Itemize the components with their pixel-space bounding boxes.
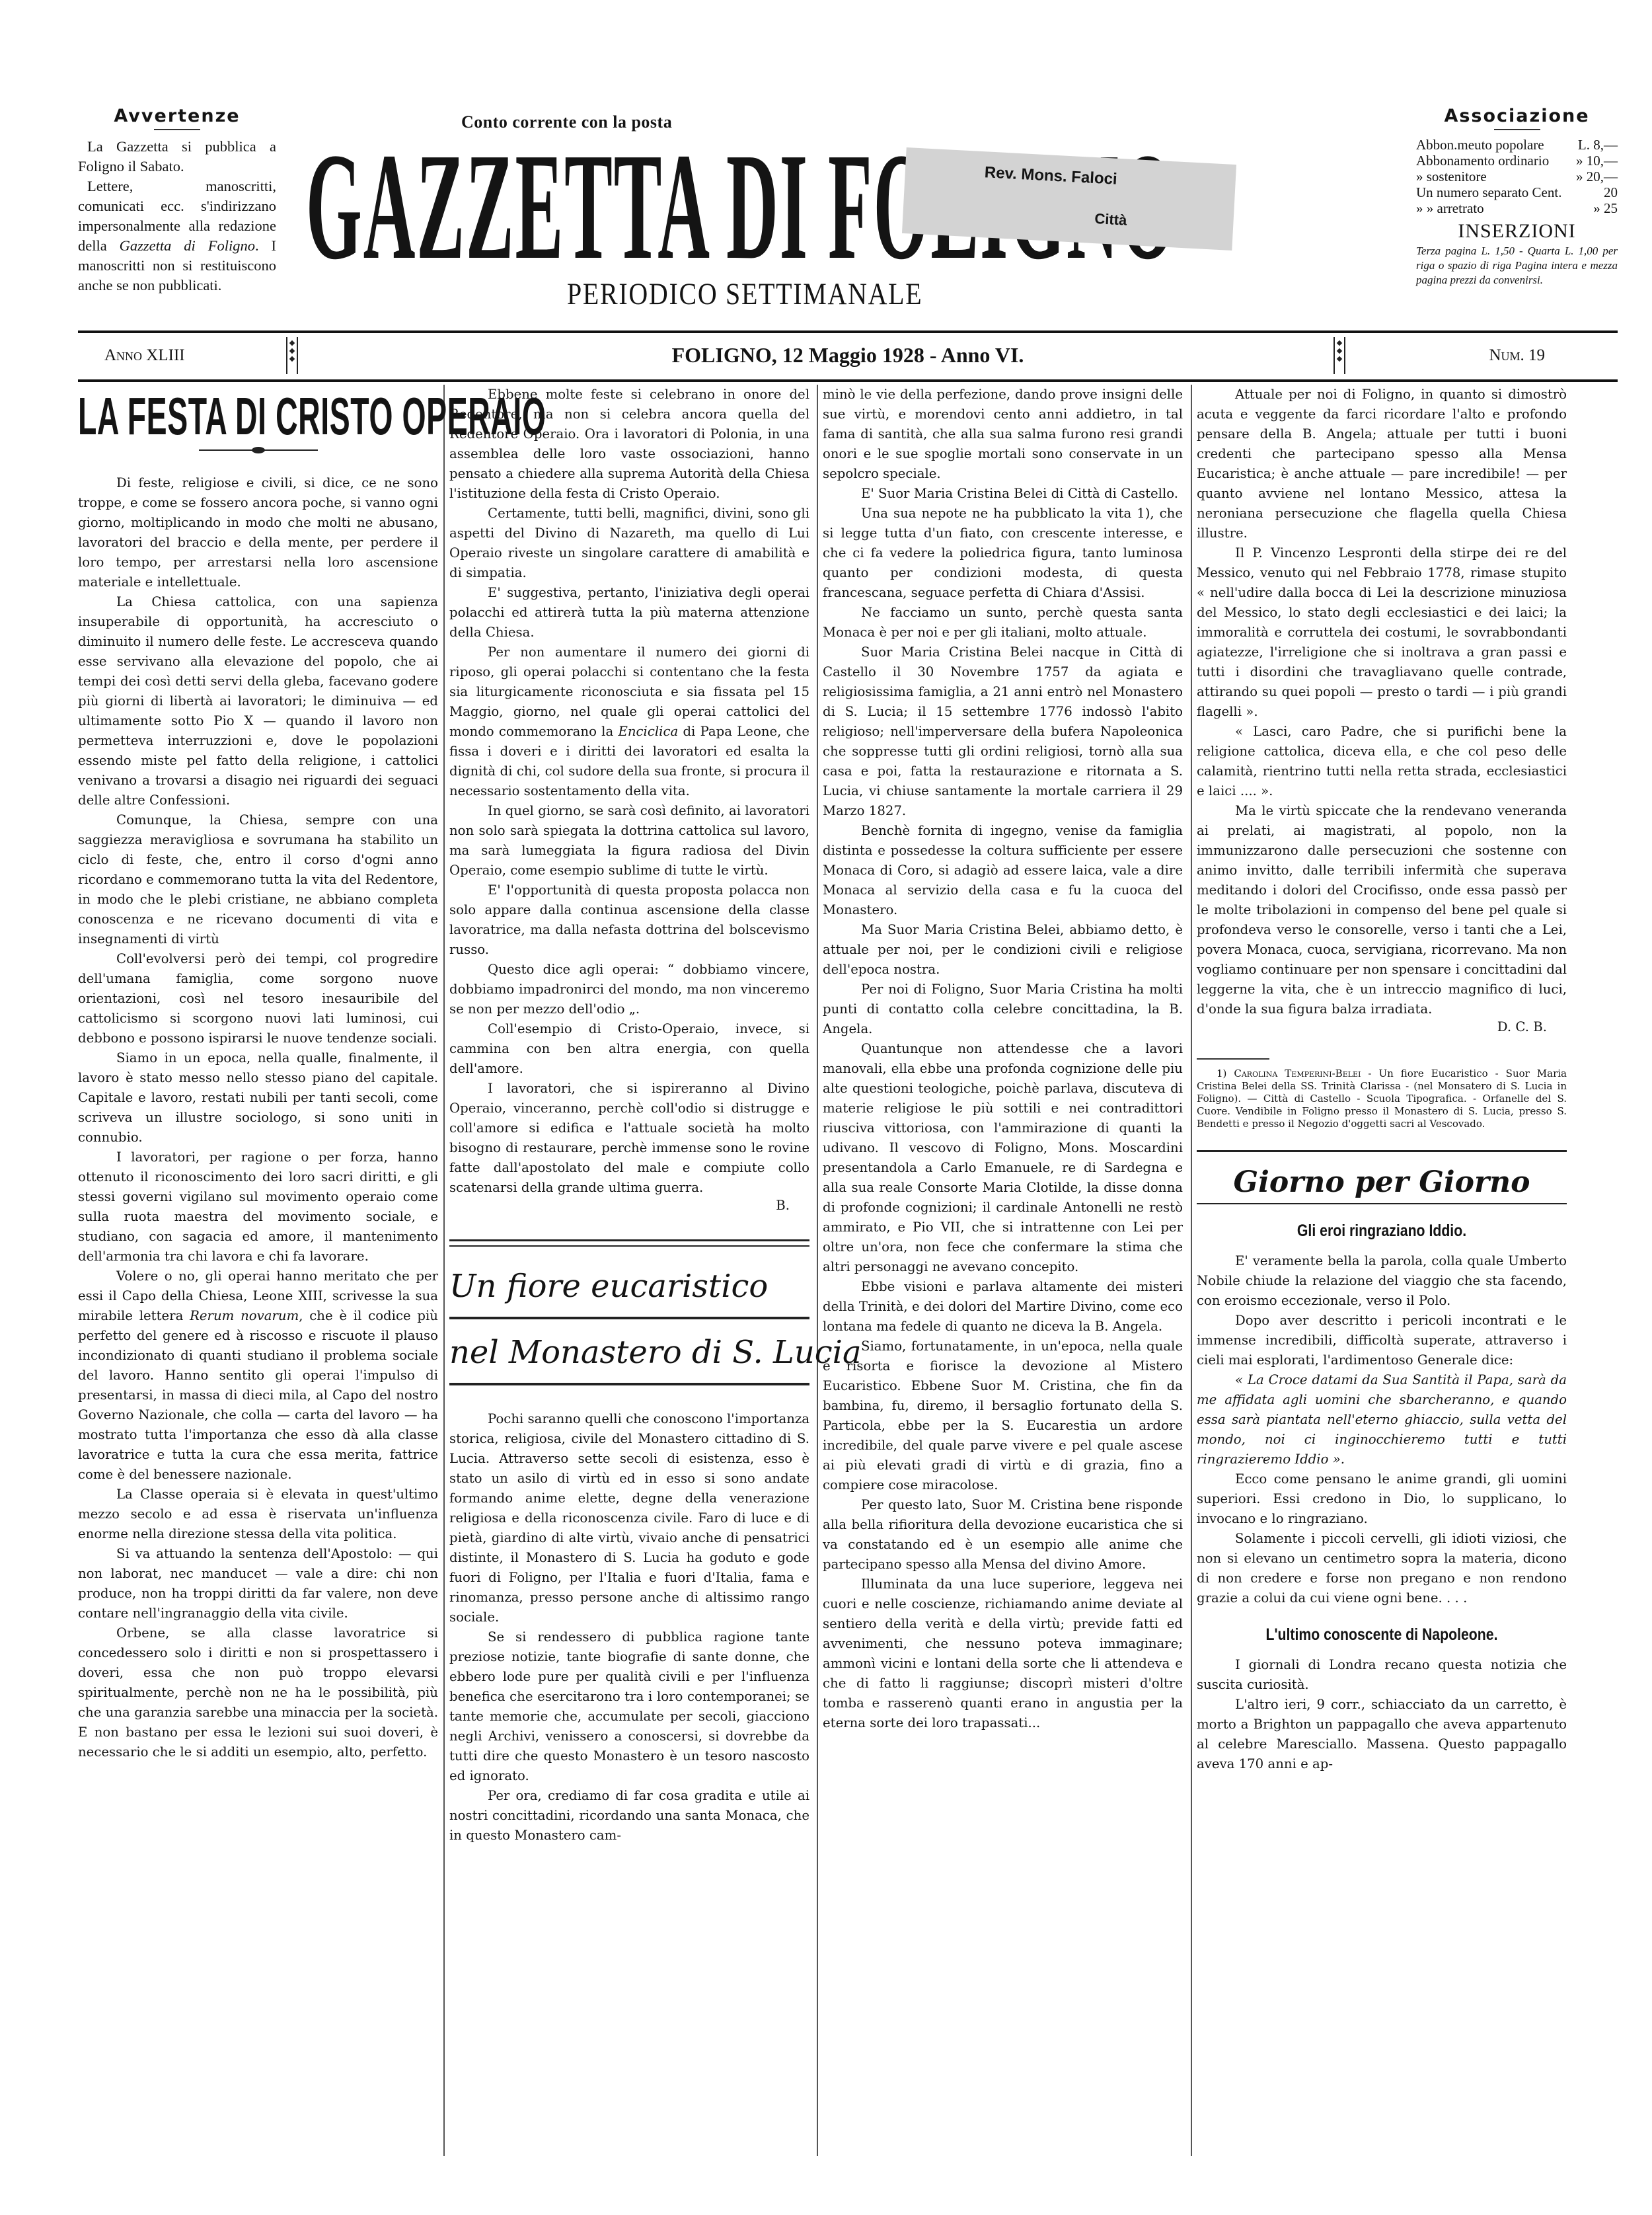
paragraph: E' l'opportunità di questa proposta pola…: [449, 880, 809, 960]
column-divider: [1191, 385, 1192, 2156]
divider: [449, 1383, 809, 1385]
paragraph: Questo dice agli operai: “ dobbiamo vinc…: [449, 960, 809, 1019]
paragraph: Illuminata da una luce superiore, leggev…: [823, 1574, 1183, 1733]
headline-fiore-1: Un fiore eucaristico: [449, 1266, 809, 1306]
paragraph: « Lasci, caro Padre, che si purifichi be…: [1197, 722, 1567, 801]
paragraph: Dopo aver descritto i pericoli incontrat…: [1197, 1311, 1567, 1370]
column-1: LA FESTA DI CRISTO OPERAIO Di feste, rel…: [78, 385, 438, 1762]
paragraph: Per non aumentare il numero dei giorni d…: [449, 642, 809, 801]
price-row: » sostenitore» 20,—: [1416, 169, 1618, 184]
column-divider: [443, 385, 445, 2156]
paragraph: E' Suor Maria Cristina Belei di Città di…: [823, 484, 1183, 504]
item-title: Gli eroi ringraziano Iddio.: [1224, 1222, 1539, 1241]
price-row: » » arretrato» 25: [1416, 200, 1618, 216]
paragraph: Si va attuando la sentenza dell'Apostolo…: [78, 1544, 438, 1623]
paragraph: Comunque, la Chiesa, sempre con una sagg…: [78, 810, 438, 949]
address-city: Città: [1094, 210, 1127, 229]
paragraph: Solamente i piccoli cervelli, gli idioti…: [1197, 1529, 1567, 1608]
paragraph: E' veramente bella la parola, colla qual…: [1197, 1251, 1567, 1311]
paragraph: E' suggestiva, pertanto, l'iniziativa de…: [449, 583, 809, 642]
newspaper-subtitle: PERIODICO SETTIMANALE: [567, 276, 922, 312]
paragraph: Di feste, religiose e civili, si dice, c…: [78, 473, 438, 592]
paragraph: Benchè fornita di ingegno, venise da fam…: [823, 821, 1183, 920]
column-3: minò le vie della perfezione, dando prov…: [823, 385, 1183, 1733]
paragraph: Ma Suor Maria Cristina Belei, abbiamo de…: [823, 920, 1183, 980]
notice-text-1: La Gazzetta si pubblica a Foligno il Sab…: [78, 137, 276, 176]
paragraph: La Classe operaia si è elevata in quest'…: [78, 1485, 438, 1544]
price-row: Abbonamento ordinario» 10,—: [1416, 153, 1618, 169]
notice-text-2: Lettere, manoscritti, comunicati ecc. s'…: [78, 176, 276, 295]
section-divider: [449, 1239, 809, 1247]
column-2: Ebbene molte feste si celebrano in onore…: [449, 385, 809, 1846]
article-columns: LA FESTA DI CRISTO OPERAIO Di feste, rel…: [78, 385, 1618, 2215]
column-4: Attuale per noi di Foligno, in quanto si…: [1197, 385, 1567, 1774]
subscription-title: Associazione: [1416, 106, 1618, 126]
paragraph: Siamo, fortunatamente, in un'epoca, nell…: [823, 1337, 1183, 1495]
paragraph: Ma le virtù spiccate che la rendevano ve…: [1197, 801, 1567, 1019]
footnote: 1) Carolina Temperini-Belei - Un fiore E…: [1197, 1068, 1567, 1130]
newspaper-page: Avvertenze La Gazzetta si pubblica a Fol…: [78, 99, 1618, 324]
price-row: Un numero separato Cent.20: [1416, 184, 1618, 200]
notice-title: Avvertenze: [78, 106, 276, 126]
masthead: Avvertenze La Gazzetta si pubblica a Fol…: [78, 99, 1618, 324]
paragraph: Per questo lato, Suor M. Cristina bene r…: [823, 1495, 1183, 1574]
paragraph: Per ora, crediamo di far cosa gradita e …: [449, 1786, 809, 1846]
divider: [154, 129, 200, 130]
price-row: Abbon.meuto popolareL. 8,—: [1416, 137, 1618, 153]
paragraph: Suor Maria Cristina Belei nacque in Citt…: [823, 642, 1183, 821]
paragraph: Quantunque non attendesse che a lavori m…: [823, 1039, 1183, 1277]
footnote-divider: [1197, 1058, 1269, 1060]
insertions-text: Terza pagina L. 1,50 - Quarta L. 1,00 pe…: [1416, 244, 1618, 288]
paragraph: In quel giorno, se sarà così definito, a…: [449, 801, 809, 880]
paragraph: Per noi di Foligno, Suor Maria Cristina …: [823, 980, 1183, 1039]
notice-box: Avvertenze La Gazzetta si pubblica a Fol…: [78, 106, 276, 295]
paragraph: Ebbene molte feste si celebrano in onore…: [449, 385, 809, 504]
ornament-divider: [199, 449, 318, 451]
divider: [1197, 1203, 1567, 1204]
paragraph: Coll'esempio di Cristo-Operaio, invece, …: [449, 1019, 809, 1079]
headline-festa: LA FESTA DI CRISTO OPERAIO: [78, 390, 438, 443]
section-divider: [1197, 1150, 1567, 1152]
address-label: Rev. Mons. Faloci Città: [902, 147, 1236, 251]
paragraph: La Chiesa cattolica, con una sapienza in…: [78, 592, 438, 810]
dateline-band: Anno XLIII FOLIGNO, 12 Maggio 1928 - Ann…: [78, 330, 1618, 382]
insertions-title: INSERZIONI: [1416, 220, 1618, 243]
signature: D. C. B.: [1197, 1019, 1547, 1034]
headline-fiore-2: nel Monastero di S. Lucia: [449, 1333, 809, 1372]
paragraph: Siamo in un epoca, nella qualle, finalme…: [78, 1048, 438, 1147]
paragraph: I giornali di Londra recano questa notiz…: [1197, 1655, 1567, 1695]
paragraph: Una sua nepote ne ha pubblicato la vita …: [823, 504, 1183, 603]
item-title: L'ultimo conoscente di Napoleone.: [1224, 1625, 1539, 1645]
paragraph: Volere o no, gli operai hanno meritato c…: [78, 1266, 438, 1485]
section-title-giorno: Giorno per Giorno: [1197, 1165, 1567, 1199]
address-recipient: Rev. Mons. Faloci: [984, 163, 1117, 188]
issue-date: FOLIGNO, 12 Maggio 1928 - Anno VI.: [78, 343, 1618, 368]
signature: B.: [449, 1198, 790, 1213]
paragraph: Orbene, se alla classe lavoratrice si co…: [78, 1623, 438, 1762]
paragraph: Coll'evolversi però dei tempi, col progr…: [78, 949, 438, 1048]
paragraph: minò le vie della perfezione, dando prov…: [823, 385, 1183, 484]
paragraph: Il P. Vincenzo Lespronti della stirpe de…: [1197, 543, 1567, 722]
quote: « La Croce datami da Sua Santità il Papa…: [1197, 1370, 1567, 1469]
column-divider: [817, 385, 818, 2156]
paragraph: Se si rendessero di pubblica ragione tan…: [449, 1627, 809, 1786]
issue-number: Num. 19: [1489, 346, 1545, 365]
paragraph: I lavoratori, che si ispireranno al Divi…: [449, 1079, 809, 1198]
paragraph: Ne facciamo un sunto, perchè questa sant…: [823, 603, 1183, 642]
paragraph: Attuale per noi di Foligno, in quanto si…: [1197, 385, 1567, 543]
subscription-box: Associazione Abbon.meuto popolareL. 8,— …: [1416, 106, 1618, 288]
paragraph: Pochi saranno quelli che conoscono l'imp…: [449, 1409, 809, 1627]
divider: [449, 1317, 809, 1319]
paragraph: I lavoratori, per ragione o per forza, h…: [78, 1147, 438, 1266]
paragraph: Ebbe visioni e parlava altamente dei mis…: [823, 1277, 1183, 1337]
paragraph: Ecco come pensano le anime grandi, gli u…: [1197, 1469, 1567, 1529]
paragraph: Certamente, tutti belli, magnifici, divi…: [449, 504, 809, 583]
newspaper-title: GAZZETTA DI FOLIGNO: [306, 137, 834, 276]
ornament-icon: [1333, 337, 1345, 374]
divider: [1494, 129, 1540, 130]
paragraph: L'altro ieri, 9 corr., schiacciato da un…: [1197, 1695, 1567, 1774]
